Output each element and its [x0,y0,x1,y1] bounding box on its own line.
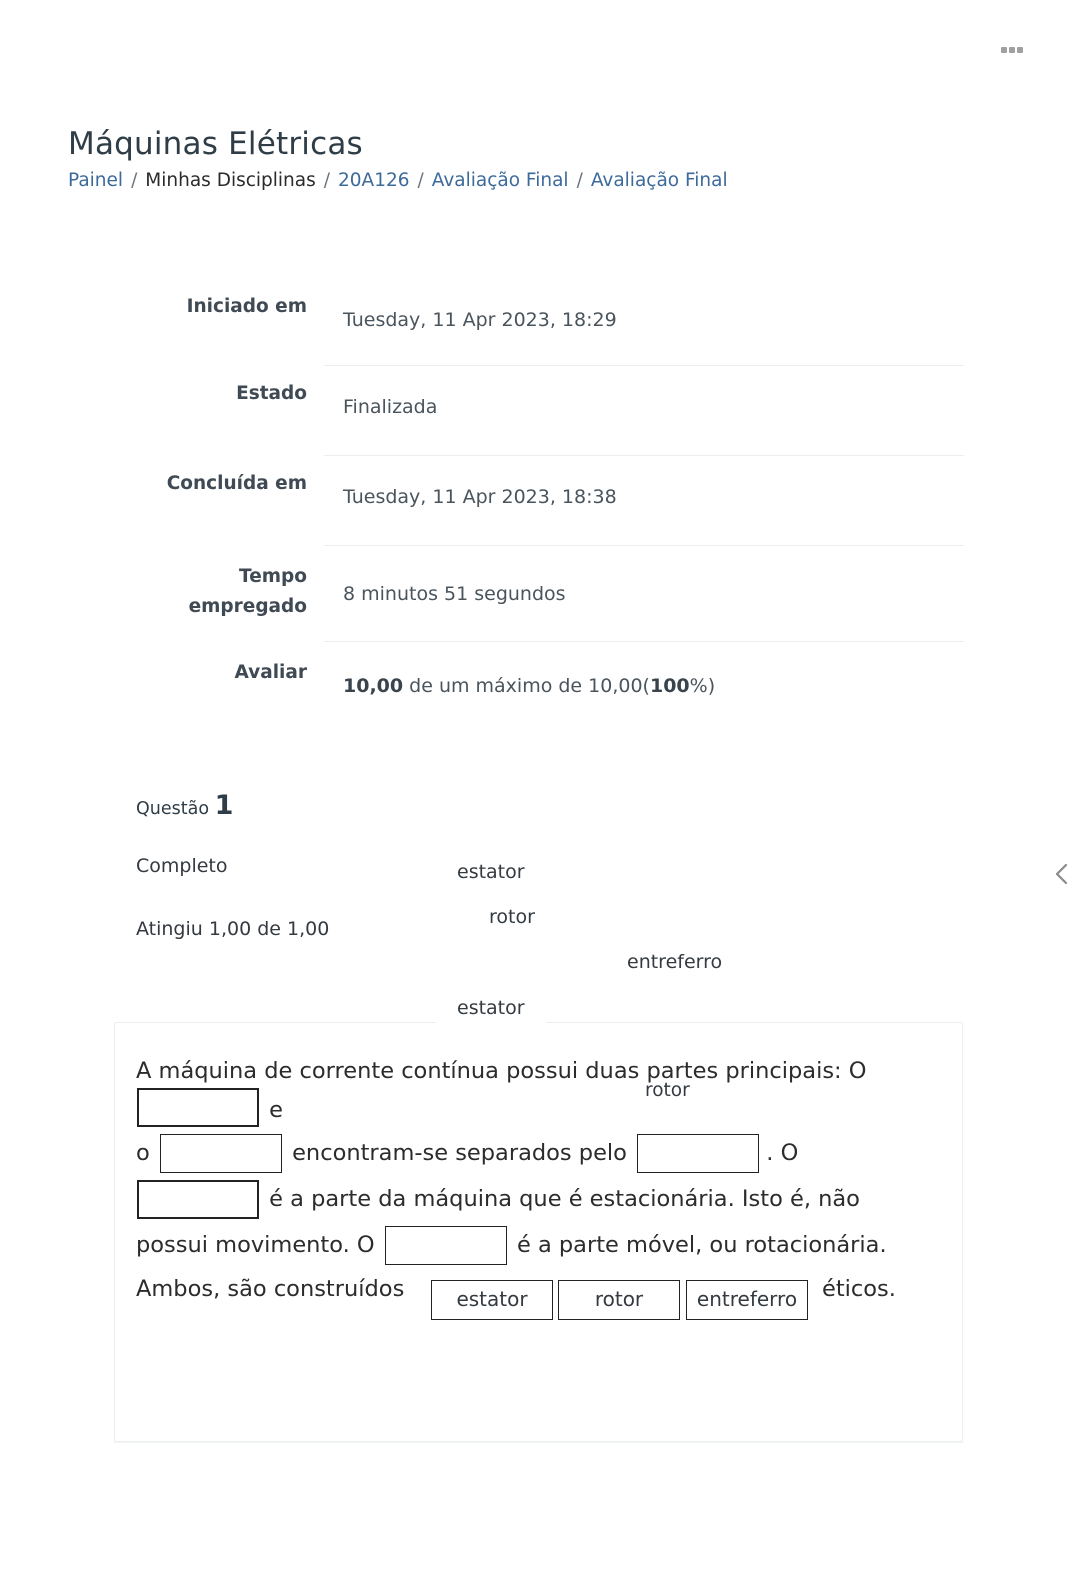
breadcrumb: Painel / Minhas Disciplinas / 20A126 / A… [68,170,728,191]
more-options-button[interactable] [1001,45,1025,55]
floating-answer-label: estator [457,861,525,883]
question-grade: Atingiu 1,00 de 1,00 [136,918,329,940]
floating-answer-label: estator [436,997,546,1027]
summary-label: Iniciado em [120,280,307,366]
breadcrumb-separator: / [324,170,330,191]
breadcrumb-separator: / [418,170,424,191]
summary-value: 10,00 de um máximo de 10,00(100%) [343,642,964,701]
floating-answer-label: rotor [489,906,535,928]
breadcrumb-painel[interactable]: Painel [68,170,123,191]
summary-value: Tuesday, 11 Apr 2023, 18:38 [343,456,964,512]
drop-zone-2[interactable] [160,1134,282,1173]
summary-row-state: Estado Finalizada [120,366,964,456]
attempt-summary-table: Iniciado em Tuesday, 11 Apr 2023, 18:29 … [120,280,964,732]
summary-row-grade: Avaliar 10,00 de um máximo de 10,00(100%… [120,642,964,732]
summary-row-completed: Concluída em Tuesday, 11 Apr 2023, 18:38 [120,456,964,546]
question-number: Questão 1 [136,790,233,821]
drop-zone-3[interactable] [637,1134,759,1173]
summary-label: Tempo empregado [120,546,307,642]
drag-choice-entreferro[interactable]: entreferro [686,1280,808,1320]
drag-choice-rotor[interactable]: rotor [558,1280,680,1320]
floating-answer-label: entreferro [627,951,722,973]
summary-label: Estado [120,366,307,456]
page-title: Máquinas Elétricas [68,126,363,162]
drop-zone-1[interactable] [137,1088,259,1127]
breadcrumb-separator: / [131,170,137,191]
question-state: Completo [136,855,228,877]
drag-choice-estator[interactable]: estator [431,1280,553,1320]
summary-row-started: Iniciado em Tuesday, 11 Apr 2023, 18:29 [120,280,964,366]
breadcrumb-section[interactable]: Avaliação Final [432,170,569,191]
breadcrumb-minhas-disciplinas: Minhas Disciplinas [145,170,315,191]
summary-value: Finalizada [343,366,964,422]
drop-zone-5[interactable] [385,1226,507,1265]
drop-zone-4[interactable] [137,1180,259,1219]
breadcrumb-separator: / [577,170,583,191]
more-horizontal-icon [1001,47,1007,53]
summary-label: Concluída em [120,456,307,546]
breadcrumb-course[interactable]: 20A126 [338,170,410,191]
summary-value: Tuesday, 11 Apr 2023, 18:29 [343,280,964,335]
breadcrumb-quiz[interactable]: Avaliação Final [591,170,728,191]
summary-value: 8 minutos 51 segundos [343,546,964,609]
chevron-left-icon [1052,862,1072,886]
drawer-toggle-button[interactable] [1052,862,1072,886]
summary-label: Avaliar [120,642,307,732]
summary-row-time-taken: Tempo empregado 8 minutos 51 segundos [120,546,964,642]
